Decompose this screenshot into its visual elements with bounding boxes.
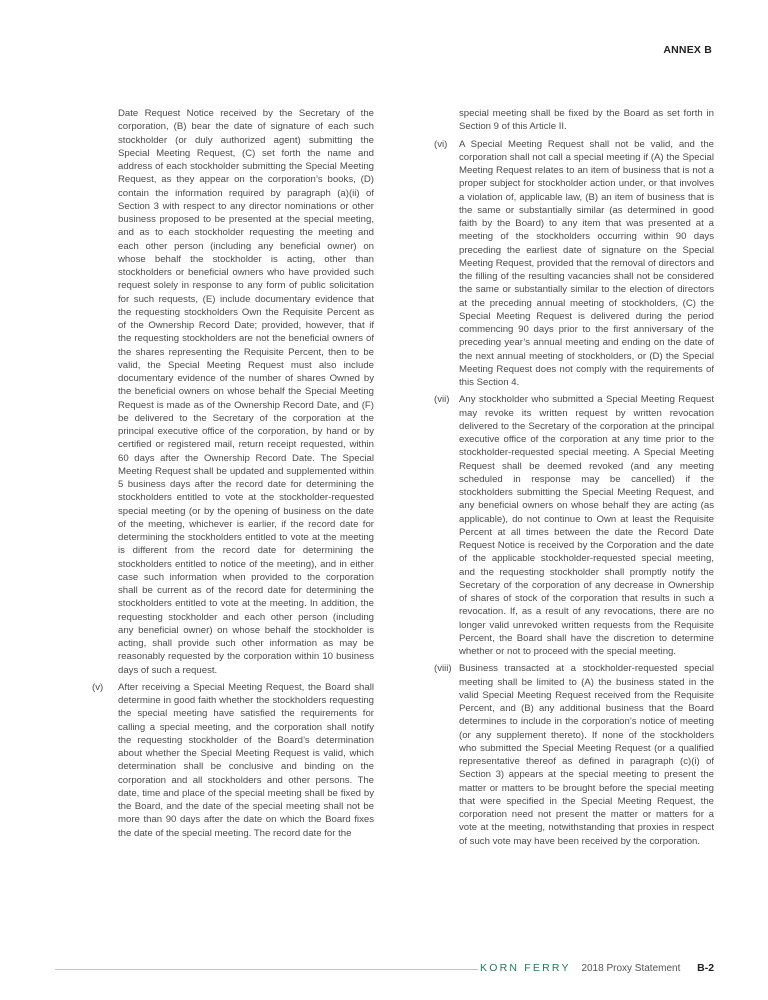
continuation-paragraph: special meeting shall be fixed by the Bo… bbox=[434, 107, 714, 134]
left-column: Date Request Notice received by the Secr… bbox=[92, 107, 374, 844]
document-title: 2018 Proxy Statement bbox=[581, 963, 680, 974]
item-text: Business transacted at a stockholder-req… bbox=[459, 663, 714, 846]
list-item: (v) After receiving a Special Meeting Re… bbox=[92, 681, 374, 840]
list-item: (viii) Business transacted at a stockhol… bbox=[434, 662, 714, 848]
page-footer: KORN FERRY 2018 Proxy Statement B-2 bbox=[480, 962, 714, 974]
list-item: (vii) Any stockholder who submitted a Sp… bbox=[434, 393, 714, 658]
item-label: (viii) bbox=[434, 662, 452, 675]
list-item: (vi) A Special Meeting Request shall not… bbox=[434, 138, 714, 390]
right-column: special meeting shall be fixed by the Bo… bbox=[434, 107, 714, 852]
paragraph-text: special meeting shall be fixed by the Bo… bbox=[459, 108, 714, 132]
brand-logo: KORN FERRY bbox=[480, 962, 571, 974]
item-text: After receiving a Special Meeting Reques… bbox=[118, 682, 374, 839]
item-label: (vii) bbox=[434, 393, 449, 406]
item-label: (v) bbox=[92, 681, 103, 694]
paragraph-text: Date Request Notice received by the Secr… bbox=[118, 108, 374, 676]
item-text: Any stockholder who submitted a Special … bbox=[459, 394, 714, 657]
section-label: ANNEX B bbox=[663, 44, 712, 56]
item-text: A Special Meeting Request shall not be v… bbox=[459, 139, 714, 389]
item-label: (vi) bbox=[434, 138, 447, 151]
footer-divider bbox=[55, 969, 478, 970]
page-number: B-2 bbox=[697, 962, 714, 974]
continuation-paragraph: Date Request Notice received by the Secr… bbox=[92, 107, 374, 677]
